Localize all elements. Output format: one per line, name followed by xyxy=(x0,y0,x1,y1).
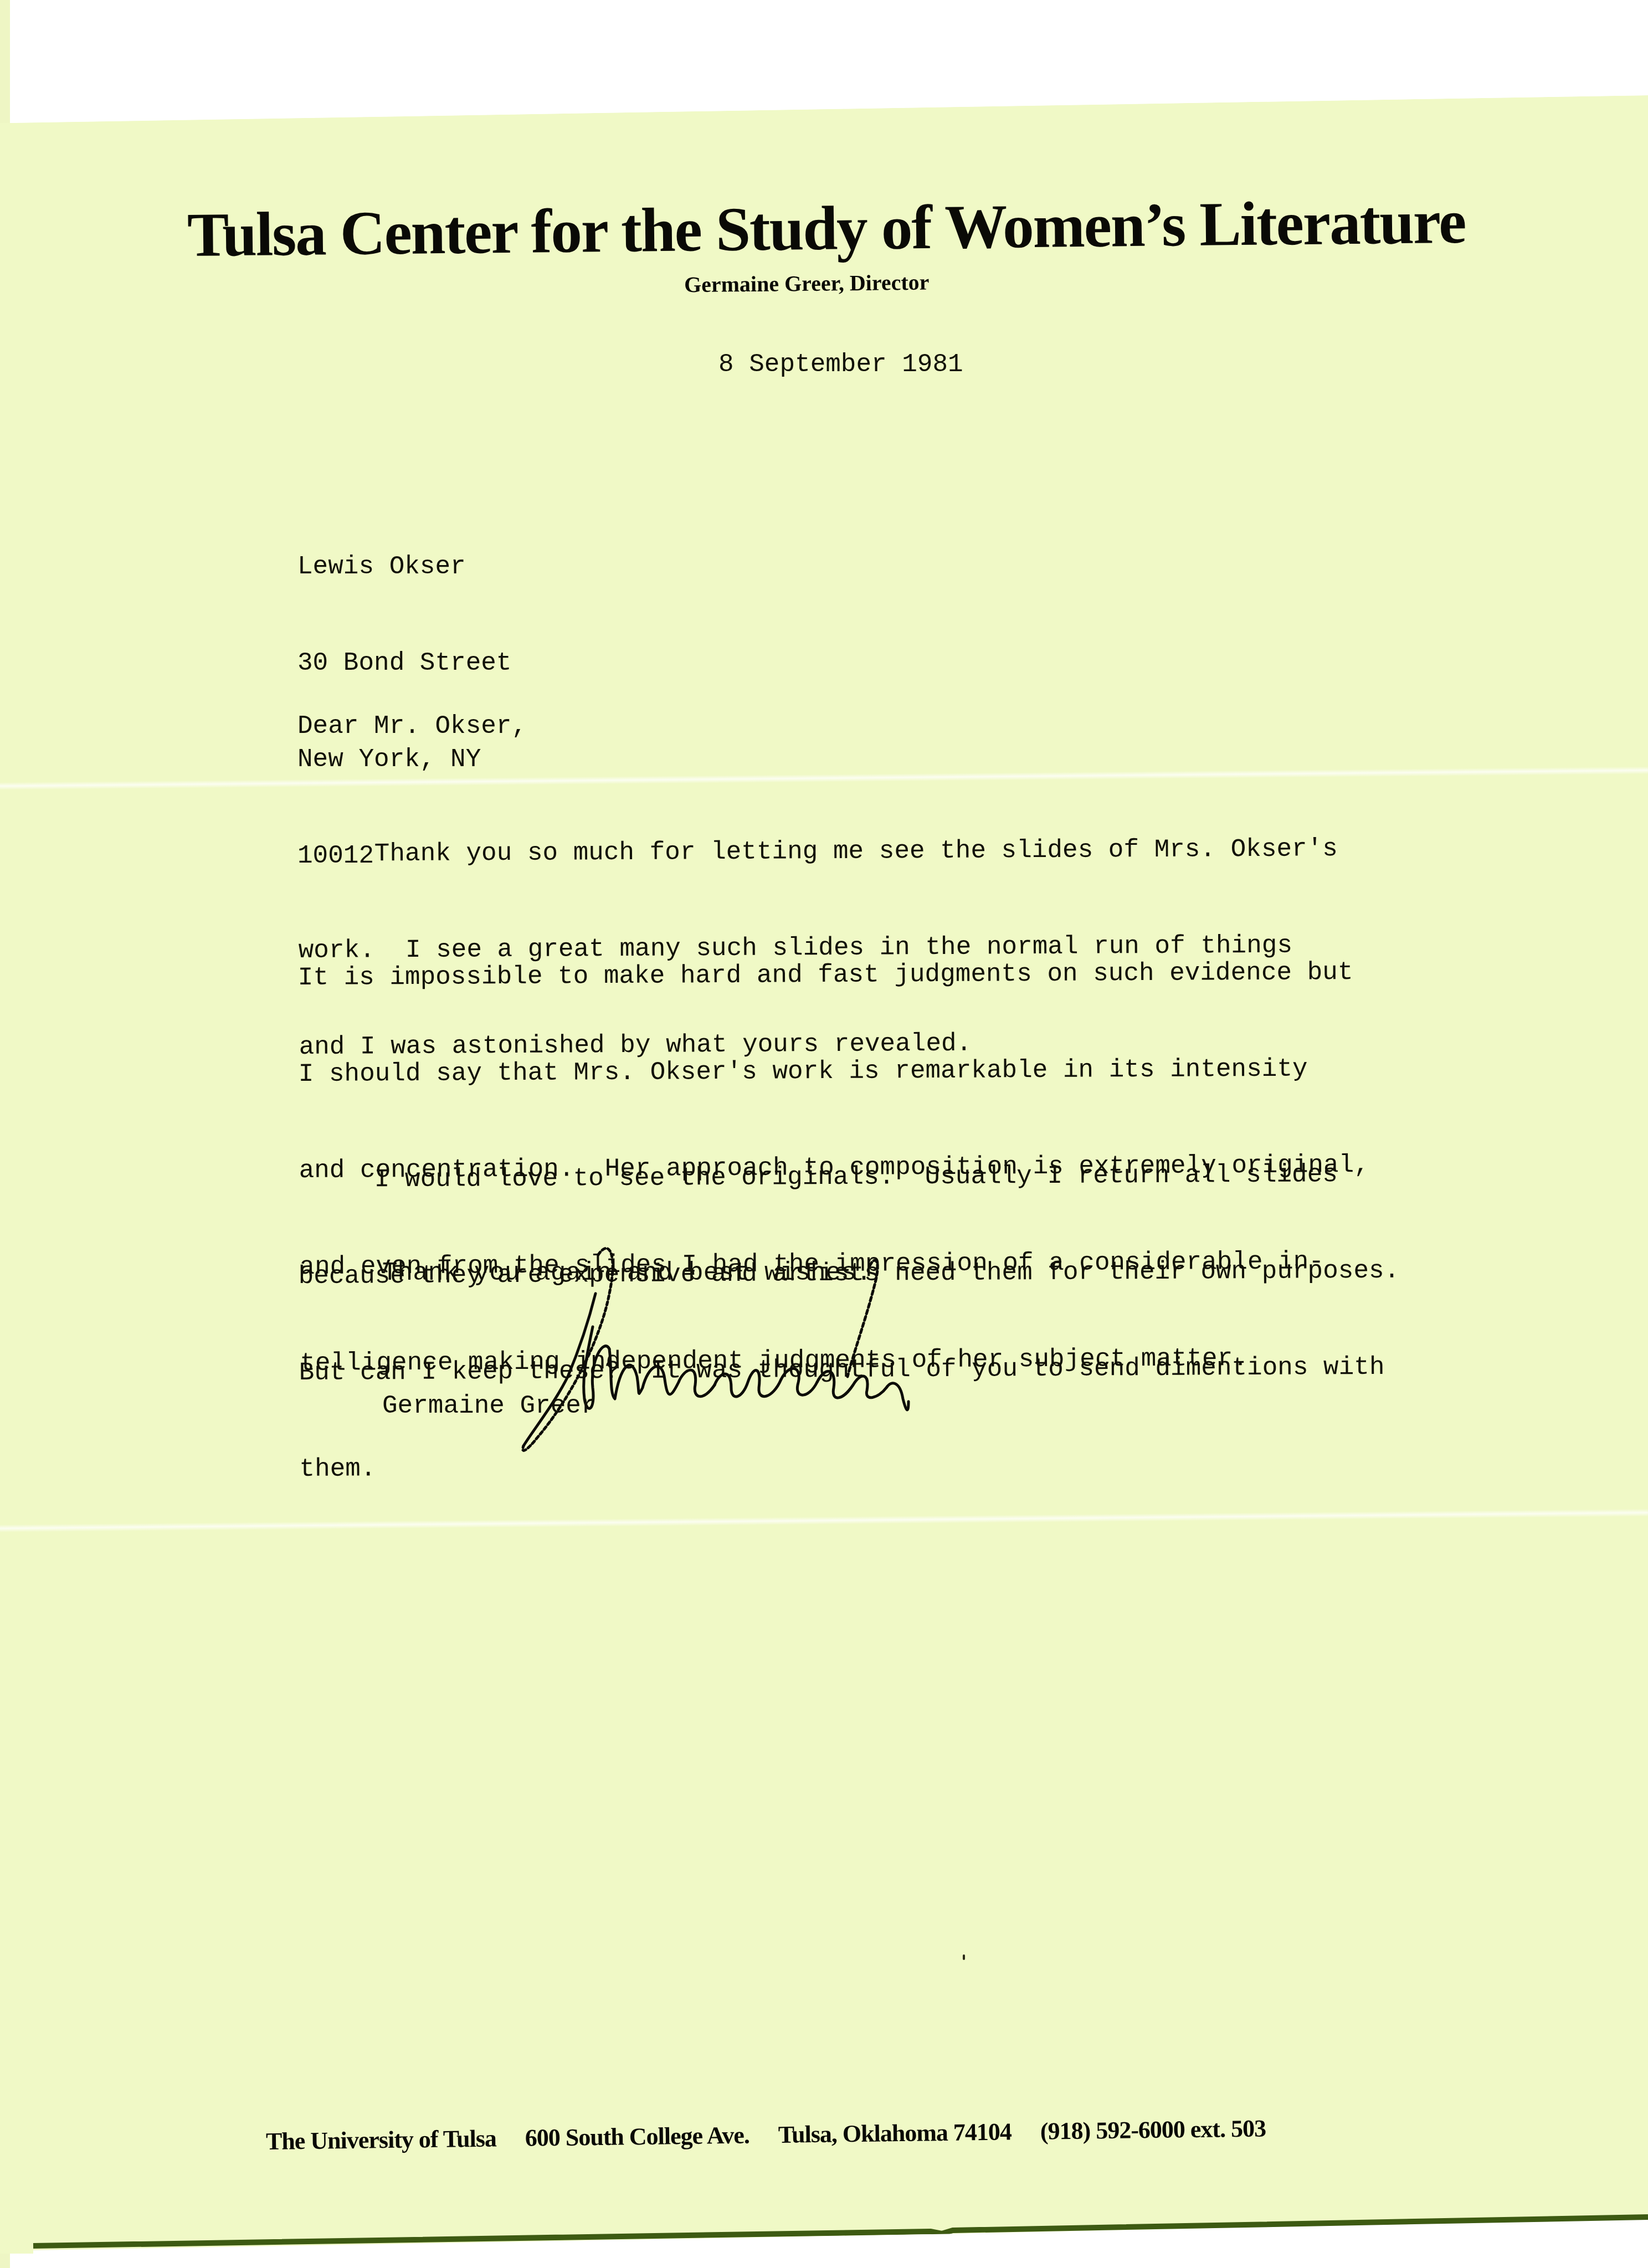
letterhead-title: Tulsa Center for the Study of Women’s Li… xyxy=(187,186,1467,271)
signed-name: Germaine Greer xyxy=(382,1392,596,1420)
letterhead-footer: The University of Tulsa 600 South Colleg… xyxy=(266,2114,1295,2156)
paragraph-line: Thank you so much for letting me see the… xyxy=(298,833,1338,870)
letter-date: 8 September 1981 xyxy=(718,350,963,379)
paragraph-line: It is impossible to make hard and fast j… xyxy=(298,956,1369,994)
handwritten-signature-icon xyxy=(471,1233,997,1465)
footer-city: Tulsa, Oklahoma 74104 xyxy=(778,2117,1012,2149)
recipient-name: Lewis Okser xyxy=(297,551,511,583)
paragraph-line: I would love to see the originals. Usual… xyxy=(298,1158,1399,1196)
footer-street: 600 South College Ave. xyxy=(525,2121,750,2152)
salutation: Dear Mr. Okser, xyxy=(297,712,527,741)
footer-institution: The University of Tulsa xyxy=(266,2125,497,2156)
recipient-street: 30 Bond Street xyxy=(297,647,511,679)
recipient-city: New York, NY xyxy=(297,743,511,776)
footer-phone: (918) 592-6000 ext. 503 xyxy=(1040,2114,1266,2145)
paper-speck xyxy=(963,1954,965,1960)
letterhead-director: Germaine Greer, Director xyxy=(684,269,930,298)
letter-page: Tulsa Center for the Study of Women’s Li… xyxy=(0,0,1648,2268)
paragraph-line: I should say that Mrs. Okser's work is r… xyxy=(299,1053,1369,1090)
